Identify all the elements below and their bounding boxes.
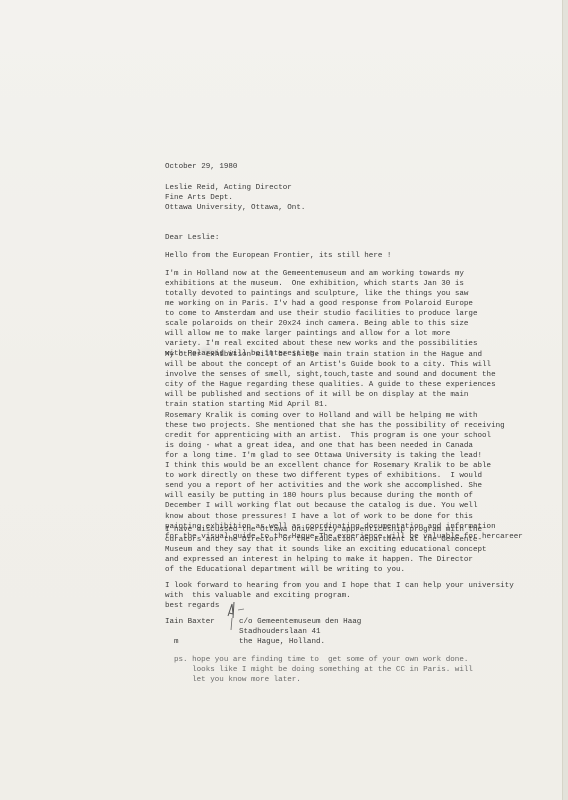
paragraph-line: My other exhibition will be in the main … <box>165 350 482 360</box>
paragraph-line: to come to Amsterdam and use their studi… <box>165 309 478 319</box>
paragraph-line: I think this would be an excellent chanc… <box>165 461 491 471</box>
typist-initial: m <box>174 637 179 647</box>
paragraph-line: and expressed an interest in helping to … <box>165 555 473 565</box>
sender-address-line: c/o Gemeentemuseum den Haag <box>239 617 361 627</box>
paragraph-line: Rosemary Kralik is coming over to Hollan… <box>165 411 478 421</box>
paragraph-line: send you a report of her activities and … <box>165 481 482 491</box>
paragraph-line: is doing - what a great idea, and one th… <box>165 441 473 451</box>
paragraph-line: to work directly on these two different … <box>165 471 482 481</box>
recipient-line: Ottawa University, Ottawa, Ont. <box>165 203 305 213</box>
paragraph-line: will be published and sections of it wil… <box>165 390 468 400</box>
paragraph-line: December I will working flat out because… <box>165 501 478 511</box>
paragraph-line: train station starting Mid April 81. <box>165 400 328 410</box>
letter-date: October 29, 1980 <box>165 162 237 172</box>
paragraph-line: these two projects. She mentioned that s… <box>165 421 505 431</box>
recipient-line: Leslie Reid, Acting Director <box>165 183 292 193</box>
sender-address-line: the Hague, Holland. <box>239 637 325 647</box>
paragraph-line: curators and the Director of the Educati… <box>165 535 482 545</box>
recipient-line: Fine Arts Dept. <box>165 193 233 203</box>
paragraph-line: I'm in Holland now at the Gemeentemuseum… <box>165 269 464 279</box>
postscript-line: let you know more later. <box>174 675 301 685</box>
paragraph-line: will allow me to make larger paintings a… <box>165 329 450 339</box>
signature-mark <box>222 598 252 630</box>
paragraph-line: will easily be putting in 180 hours plus… <box>165 491 473 501</box>
paragraph-line: credit for apprenticing with an artist. … <box>165 431 491 441</box>
paragraph-line: will be about the concept of an Artist's… <box>165 360 491 370</box>
opening-line: Hello from the European Frontier, its st… <box>165 251 391 261</box>
sender-name: Iain Baxter <box>165 617 215 627</box>
paragraph-line: city of the Hague regarding these qualit… <box>165 380 496 390</box>
postscript-line: looks like I might be doing something at… <box>174 665 473 675</box>
paragraph-line: involve the senses of smell, sight,touch… <box>165 370 496 380</box>
paragraph-line: I have discussed the Ottawa University a… <box>165 525 482 535</box>
postscript-line: ps. hope you are finding time to get som… <box>174 655 468 665</box>
paragraph-line: Museum and they say that it sounds like … <box>165 545 487 555</box>
paragraph-line: totally devoted to paintings and sculptu… <box>165 289 468 299</box>
paragraph-line: with this valuable and exciting program. <box>165 591 351 601</box>
paragraph-line: exhibitions at the museum. One exhibitio… <box>165 279 464 289</box>
paragraph-line: of the Educational department will be wr… <box>165 565 405 575</box>
paragraph-line: variety. I'm real excited about these ne… <box>165 339 478 349</box>
paragraph-line: scale polaroids on their 20x24 inch came… <box>165 319 468 329</box>
closing: best regards <box>165 601 219 611</box>
paper-edge <box>562 0 568 800</box>
paragraph-line: I look forward to hearing from you and I… <box>165 581 514 591</box>
salutation: Dear Leslie: <box>165 233 219 243</box>
paragraph-line: for a long time. I'm glad to see Ottawa … <box>165 451 482 461</box>
paragraph-line: me working on in Paris. I'v had a good r… <box>165 299 473 309</box>
paragraph-line: know about those pressures! I have a lot… <box>165 512 473 522</box>
